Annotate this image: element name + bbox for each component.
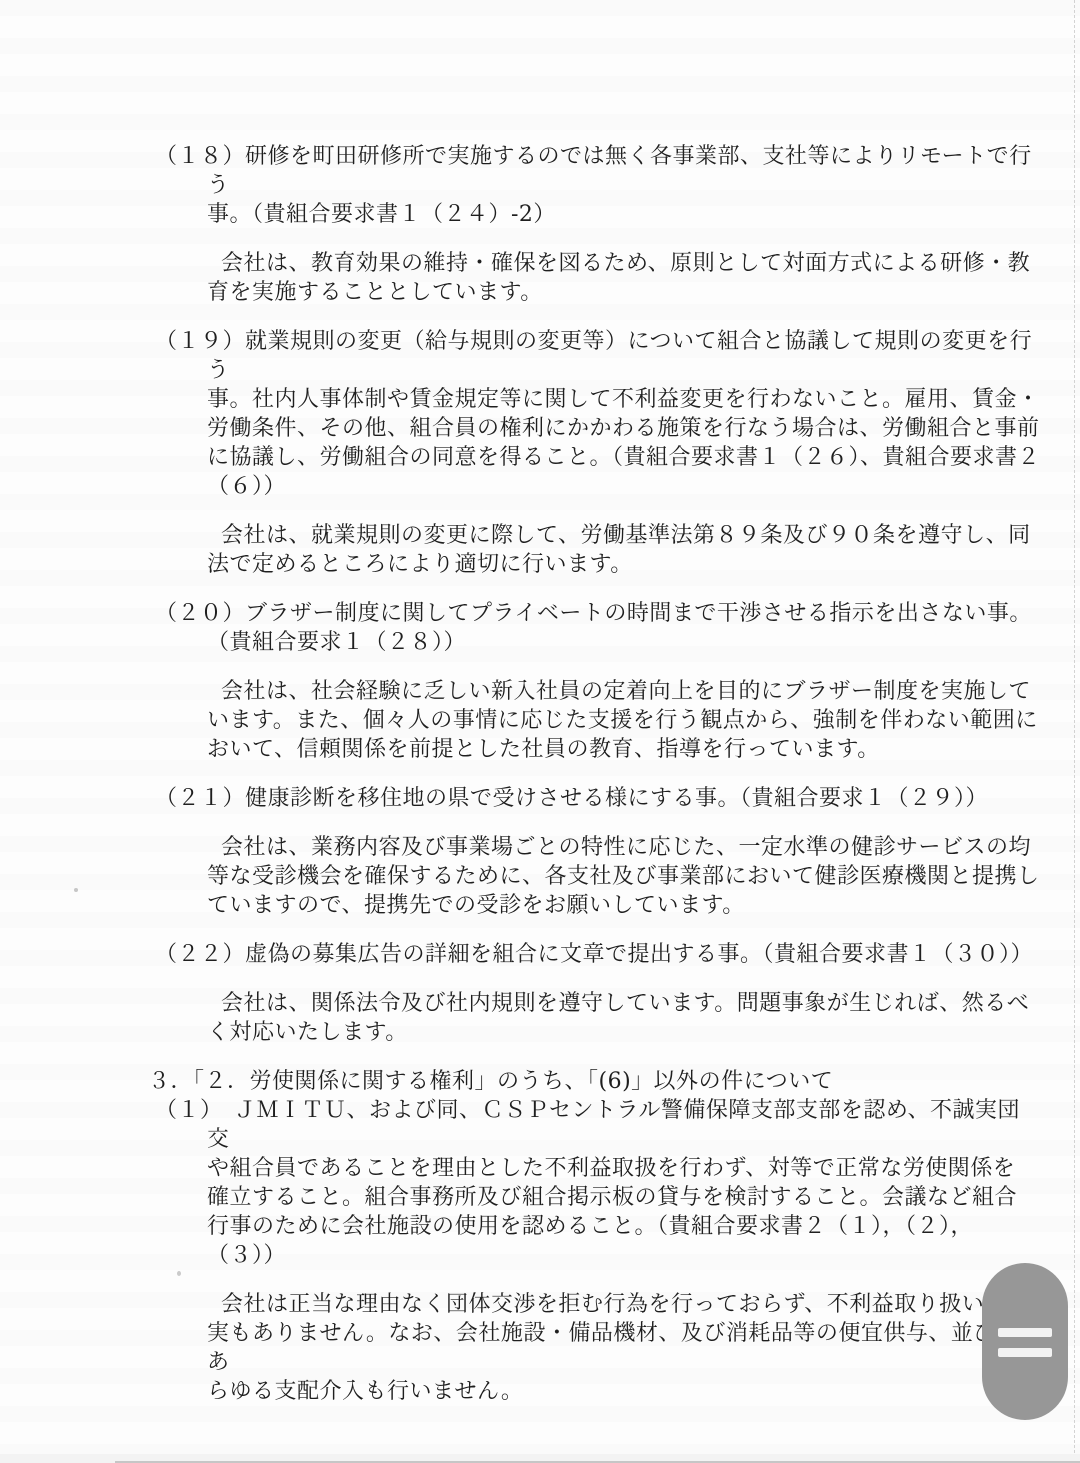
company-answer-19: 会社は、就業規則の変更に際して、労働基準法第８９条及び９０条を遵守し、同 法で定… [155, 521, 1040, 579]
company-answer-20: 会社は、社会経験に乏しい新入社員の定着向上を目的にブラザー制度を実施して います… [155, 677, 1040, 764]
fast-scroll-handle[interactable] [982, 1263, 1068, 1420]
demand-item-19: （１９）就業規則の変更（給与規則の変更等）について組合と協議して規則の変更を行う… [155, 327, 1040, 501]
company-answer-18: 会社は、教育効果の維持・確保を図るため、原則として対面方式による研修・教 育を実… [155, 249, 1040, 307]
document-body: （１８）研修を町田研修所で実施するのでは無く各事業部、支社等によりリモートで行う… [0, 142, 1080, 1426]
section-3-heading: ３．「２．労使関係に関する権利」のうち、「(6)」以外の件について [148, 1067, 1040, 1096]
demand-item-22: （２２）虚偽の募集広告の詳細を組合に文章で提出する事。（貴組合要求書１（３０）） [155, 940, 1040, 969]
scan-speck [177, 1271, 181, 1276]
demand-item-18: （１８）研修を町田研修所で実施するのでは無く各事業部、支社等によりリモートで行う… [155, 142, 1040, 229]
drag-handle-icon [998, 1348, 1052, 1357]
demand-item-21: （２１）健康診断を移住地の県で受けさせる様にする事。（貴組合要求１（２９）） [155, 784, 1040, 813]
drag-handle-icon [998, 1328, 1052, 1337]
section-3-answer-1: 会社は正当な理由なく団体交渉を拒む行為を行っておらず、不利益取り扱いの事 実もあ… [155, 1290, 1040, 1406]
section-3-item-1: （１） ＪＭＩＴＵ、および同、ＣＳＰセントラル警備保障支部支部を認め、不誠実団交… [155, 1096, 1040, 1270]
scan-speck [74, 888, 78, 892]
company-answer-22: 会社は、関係法令及び社内規則を遵守しています。問題事象が生じれば、然るべ く対応… [155, 989, 1040, 1047]
company-answer-21: 会社は、業務内容及び事業場ごとの特性に応じた、一定水準の健診サービスの均 等な受… [155, 833, 1040, 920]
scan-page-edge [1074, 0, 1075, 1463]
demand-item-20: （２０）ブラザー制度に関してプライベートの時間まで干渉させる指示を出さない事。 … [155, 599, 1040, 657]
document-page: （１８）研修を町田研修所で実施するのでは無く各事業部、支社等によりリモートで行う… [0, 0, 1080, 1463]
